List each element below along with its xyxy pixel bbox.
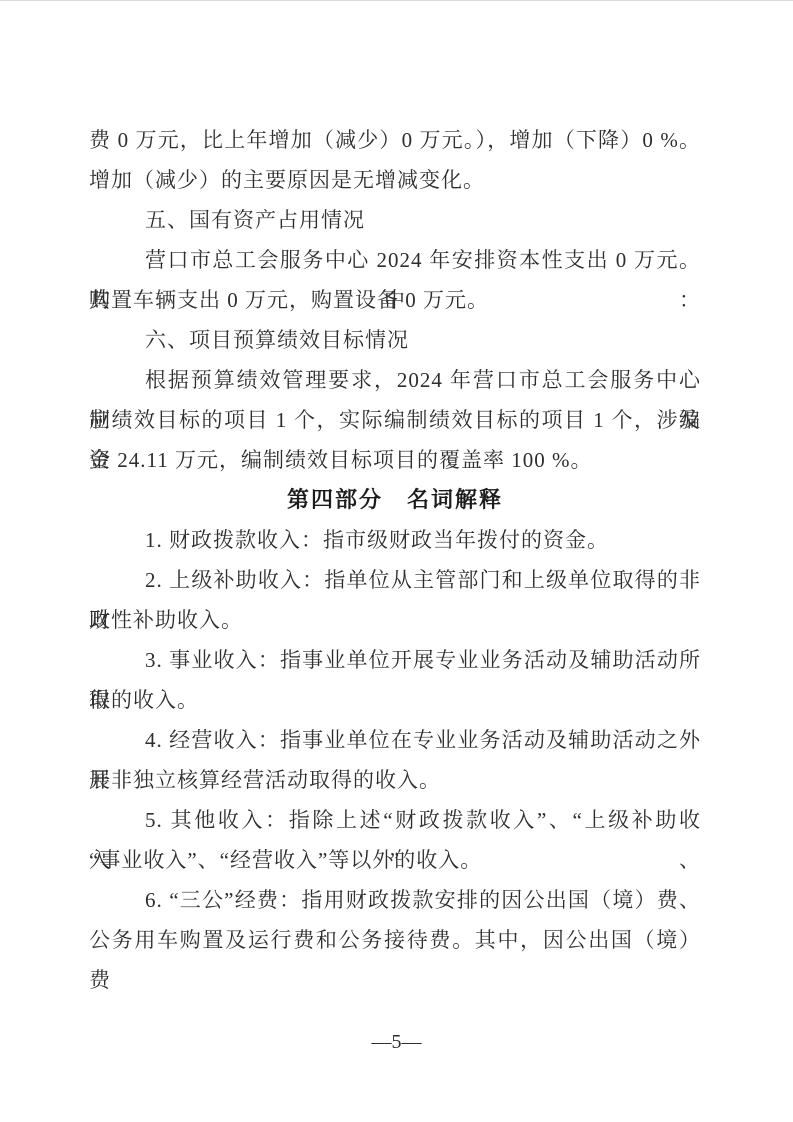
doc-line: 根据预算绩效管理要求，2024 年营口市总工会服务中心应编 xyxy=(89,360,701,400)
term-definition-line: 展非独立核算经营活动取得的收入。 xyxy=(89,760,701,800)
section5-heading-line: 五、国有资产占用情况 xyxy=(89,200,701,240)
document-page: 费 0 万元，比上年增加（减少）0 万元。），增加（下降）0 %。 增加（减少）… xyxy=(0,0,793,1122)
part4-section-heading: 第四部分 名词解释 xyxy=(89,480,701,520)
doc-line: 营口市总工会服务中心 2024 年安排资本性支出 0 万元。其中： xyxy=(89,240,701,280)
doc-line: 制绩效目标的项目 1 个，实际编制绩效目标的项目 1 个，涉及资 xyxy=(89,400,701,440)
term-definition-line: 政性补助收入。 xyxy=(89,600,701,640)
term-definition-line: 得的收入。 xyxy=(89,680,701,720)
term-definition-line: 1. 财政拨款收入：指市级财政当年拨付的资金。 xyxy=(89,520,701,560)
doc-line: 增加（减少）的主要原因是无增减变化。 xyxy=(89,160,701,200)
term-definition-line: 5. 其他收入：指除上述“财政拨款收入”、“上级补助收入”、 xyxy=(89,800,701,840)
section6-heading-line: 六、项目预算绩效目标情况 xyxy=(89,320,701,360)
document-body: 费 0 万元，比上年增加（减少）0 万元。），增加（下降）0 %。 增加（减少）… xyxy=(89,120,701,960)
term-definition-line: 3. 事业收入：指事业单位开展专业业务活动及辅助活动所取 xyxy=(89,640,701,680)
term-definition-line: 4. 经营收入：指事业单位在专业业务活动及辅助活动之外开 xyxy=(89,720,701,760)
term-definition-line: 2. 上级补助收入：指单位从主管部门和上级单位取得的非财 xyxy=(89,560,701,600)
term-definition-line: 6. “三公”经费：指用财政拨款安排的因公出国（境）费、 xyxy=(89,880,701,920)
doc-line: 金 24.11 万元，编制绩效目标项目的覆盖率 100 %。 xyxy=(89,440,701,480)
term-definition-line: 公务用车购置及运行费和公务接待费。其中，因公出国（境）费 xyxy=(89,920,701,960)
doc-line: 费 0 万元，比上年增加（减少）0 万元。），增加（下降）0 %。 xyxy=(89,120,701,160)
page-number: —5— xyxy=(0,1026,793,1058)
scan-edge-line xyxy=(0,0,793,1)
